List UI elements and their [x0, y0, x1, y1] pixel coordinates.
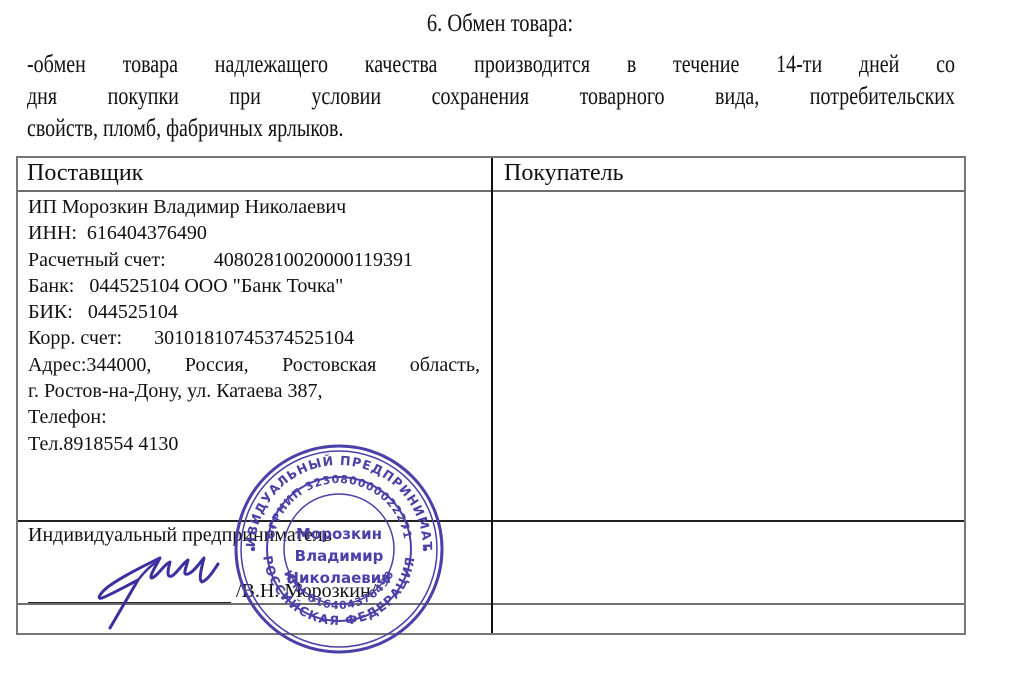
supplier-phone: Тел.8918554 4130: [28, 431, 480, 457]
supplier-name: ИП Морозкин Владимир Николаевич: [28, 194, 480, 220]
signature-line: [28, 602, 231, 603]
supplier-corr-row: Корр. счет:30101810745374525104: [28, 325, 480, 351]
parties-table: Поставщик Покупатель ИП Морозкин Владими…: [16, 156, 966, 635]
table-column-divider: [491, 158, 493, 633]
account-label: Расчетный счет:: [28, 249, 166, 271]
supplier-phone-label: Телефон:: [28, 404, 480, 430]
paragraph-line: свойств, пломб, фабричных ярлыков.: [27, 113, 955, 145]
section-title: 6. Обмен товара:: [90, 10, 910, 38]
bik-label: БИК:: [28, 301, 73, 323]
bank-value: 044525104 ООО "Банк Точка": [89, 275, 343, 297]
paragraph-line: -обмен товара надлежащего качества произ…: [27, 49, 955, 81]
supplier-inn-row: ИНН: 616404376490: [28, 220, 480, 246]
corr-label: Корр. счет:: [28, 327, 122, 349]
supplier-bik-row: БИК: 044525104: [28, 299, 480, 325]
header-supplier: Поставщик: [27, 160, 143, 187]
supplier-bank-row: Банк: 044525104 ООО "Банк Точка": [28, 273, 480, 299]
signer-name: /В.Н. Морозкин/: [236, 580, 376, 603]
signature-title: Индивидуальный предприниматель: [28, 524, 332, 547]
supplier-account-row: Расчетный счет:40802810020000119391: [28, 247, 480, 273]
corr-value: 30101810745374525104: [154, 327, 354, 349]
account-value: 40802810020000119391: [214, 249, 413, 271]
supplier-address-line1: Адрес:344000, Россия, Ростовская область…: [28, 352, 480, 378]
bik-value: 044525104: [88, 301, 178, 323]
supplier-address-line2: г. Ростов-на-Дону, ул. Катаева 387,: [28, 378, 480, 404]
inn-value: 616404376490: [87, 222, 207, 244]
inn-label: ИНН:: [28, 222, 77, 244]
paragraph-line: дня покупки при условии сохранения товар…: [27, 81, 955, 113]
supplier-details: ИП Морозкин Владимир Николаевич ИНН: 616…: [28, 194, 480, 457]
bank-label: Банк:: [28, 275, 74, 297]
header-buyer: Покупатель: [504, 160, 624, 187]
exchange-paragraph: -обмен товара надлежащего качества произ…: [27, 49, 955, 145]
